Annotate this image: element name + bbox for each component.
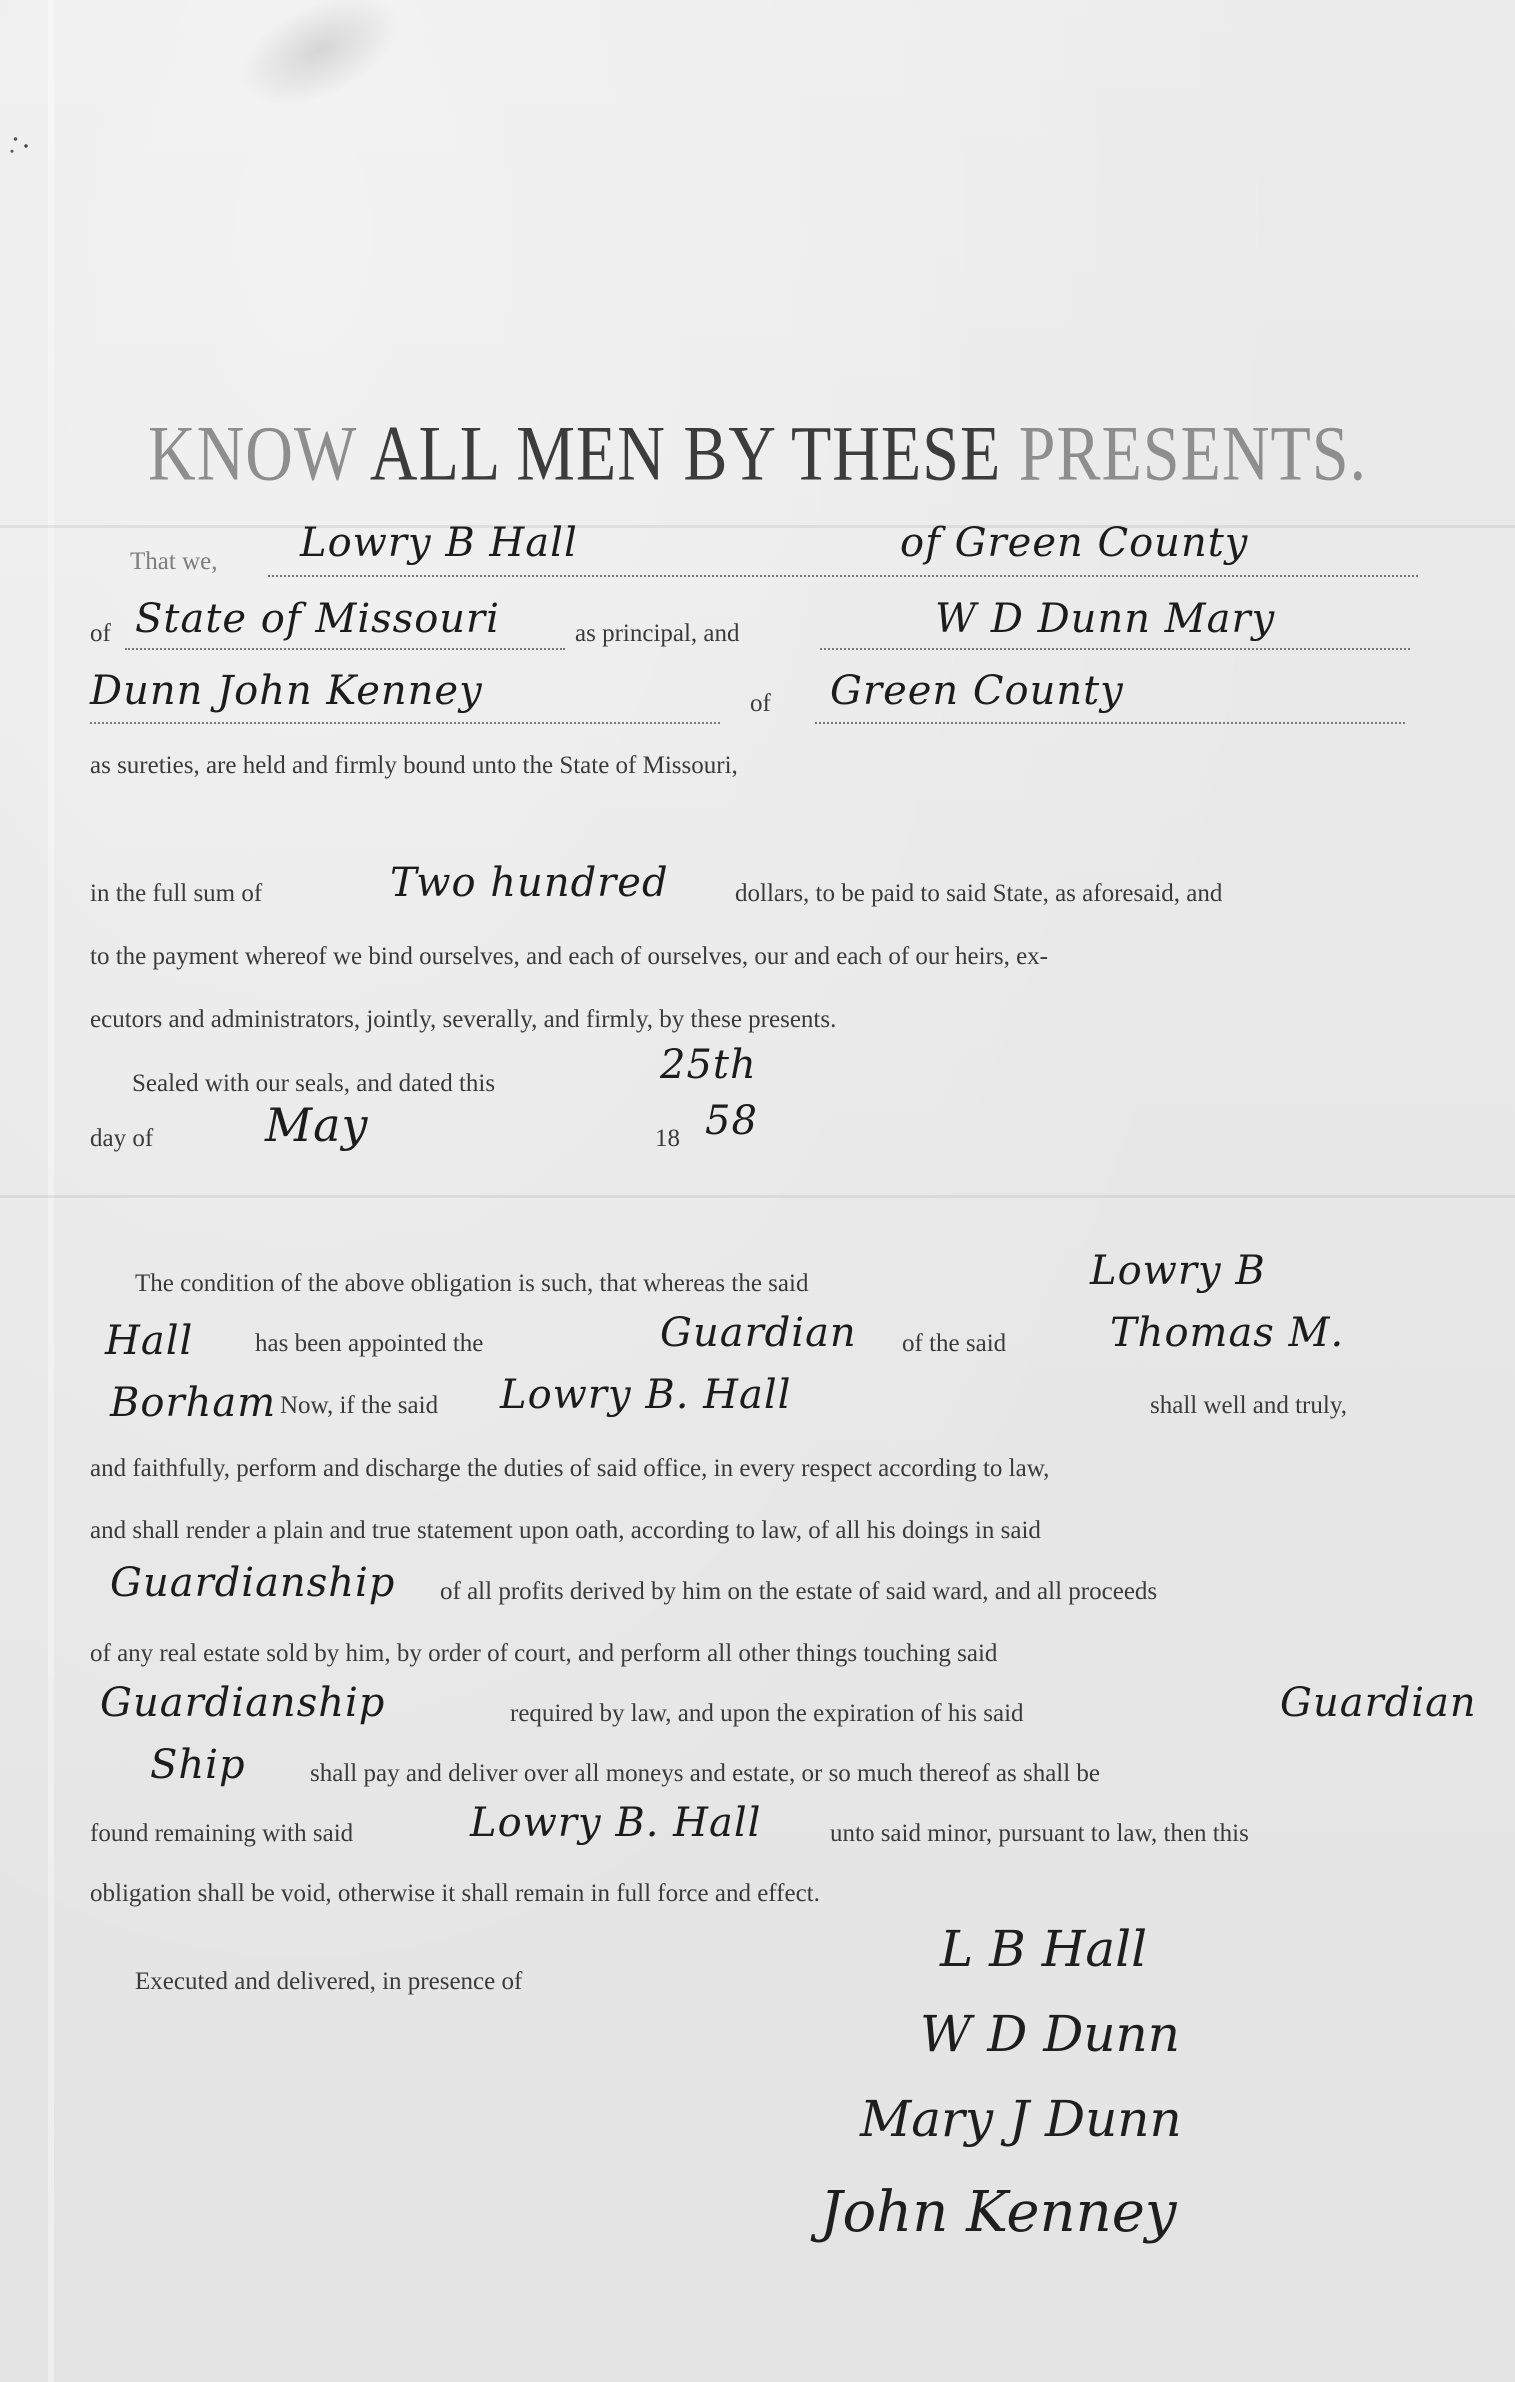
office-value-2: Guardianship: [110, 1560, 395, 1606]
principal-state: State of Missouri: [135, 596, 500, 642]
of-the-said-text: of the said: [902, 1330, 1006, 1358]
held-bound-text: as sureties, are held and firmly bound u…: [90, 752, 738, 780]
ward-name-2: Borham: [110, 1380, 276, 1426]
month-value: May: [265, 1098, 369, 1152]
office-value-4b: Ship: [150, 1742, 246, 1788]
condition-line-6: of all profits derived by him on the est…: [440, 1578, 1157, 1606]
of-label-2: of: [750, 690, 771, 718]
sum-amount: Two hundred: [390, 860, 669, 906]
paper-fold-horizontal: [0, 1195, 1515, 1198]
ward-name-1: Thomas M.: [1110, 1310, 1344, 1356]
day-value: 25th: [660, 1042, 757, 1088]
sum-prefix: in the full sum of: [90, 880, 262, 908]
principal-name-a2: Hall: [105, 1318, 193, 1364]
sum-line-3: ecutors and administrators, jointly, sev…: [90, 1006, 836, 1034]
of-label: of: [90, 620, 111, 648]
condition-line-4: and faithfully, perform and discharge th…: [90, 1455, 1049, 1483]
sureties-county-blank: [815, 722, 1405, 724]
year-suffix: 58: [705, 1098, 758, 1144]
executed-text: Executed and delivered, in presence of: [135, 1968, 522, 1996]
condition-line-7: of any real estate sold by him, by order…: [90, 1640, 997, 1668]
paper-fold-vertical: [48, 0, 54, 2382]
sureties-blank-2: [90, 722, 720, 724]
sureties-names-1: W D Dunn Mary: [935, 596, 1275, 642]
condition-line-11: obligation shall be void, otherwise it s…: [90, 1880, 820, 1908]
principal-name-a1: Lowry B: [1090, 1248, 1266, 1294]
condition-line-8: required by law, and upon the expiration…: [510, 1700, 1024, 1728]
document-title: KNOW ALL MEN BY THESE PRESENTS.: [0, 410, 1515, 500]
now-if-text: Now, if the said: [280, 1392, 438, 1420]
day-of-label: day of: [90, 1125, 153, 1153]
principal-name-b: Lowry B. Hall: [500, 1372, 791, 1418]
signature-1: L B Hall: [940, 1920, 1147, 1978]
signature-3: Mary J Dunn: [860, 2090, 1182, 2148]
sum-line-2: to the payment whereof we bind ourselves…: [90, 943, 1048, 971]
office-value: Guardian: [660, 1310, 857, 1356]
principal-blank: [268, 575, 1418, 577]
office-value-4a: Guardian: [1280, 1680, 1477, 1726]
paper-fold-horizontal: [0, 525, 1515, 528]
sum-suffix: dollars, to be paid to said State, as af…: [735, 880, 1222, 908]
document-page: KNOW ALL MEN BY THESE PRESENTS. That we,…: [0, 0, 1515, 2382]
year-prefix: 18: [655, 1125, 680, 1153]
as-principal-label: as principal, and: [575, 620, 740, 648]
sureties-blank-1: [820, 648, 1410, 650]
condition-line-5: and shall render a plain and true statem…: [90, 1517, 1041, 1545]
paper-stain: [224, 0, 416, 127]
principal-name-c: Lowry B. Hall: [470, 1800, 761, 1846]
condition-line-9: shall pay and deliver over all moneys an…: [310, 1760, 1100, 1788]
sureties-county: Green County: [830, 668, 1124, 714]
condition-line-10-prefix: found remaining with said: [90, 1820, 353, 1848]
condition-line-10-suffix: unto said minor, pursuant to law, then t…: [830, 1820, 1249, 1848]
sureties-names-2: Dunn John Kenney: [90, 668, 483, 714]
shall-well-text: shall well and truly,: [1150, 1392, 1347, 1420]
paper-specks: [5, 125, 40, 160]
principal-name: Lowry B Hall: [300, 520, 578, 566]
appointed-text: has been appointed the: [255, 1330, 483, 1358]
sealed-text: Sealed with our seals, and dated this: [132, 1070, 495, 1098]
that-we-label: That we,: [130, 548, 217, 576]
state-blank: [125, 648, 565, 650]
signature-4: John Kenney: [820, 2180, 1176, 2245]
condition-line-1: The condition of the above obligation is…: [135, 1270, 808, 1298]
principal-county: of Green County: [900, 520, 1248, 566]
signature-2: W D Dunn: [920, 2005, 1180, 2063]
office-value-3: Guardianship: [100, 1680, 385, 1726]
